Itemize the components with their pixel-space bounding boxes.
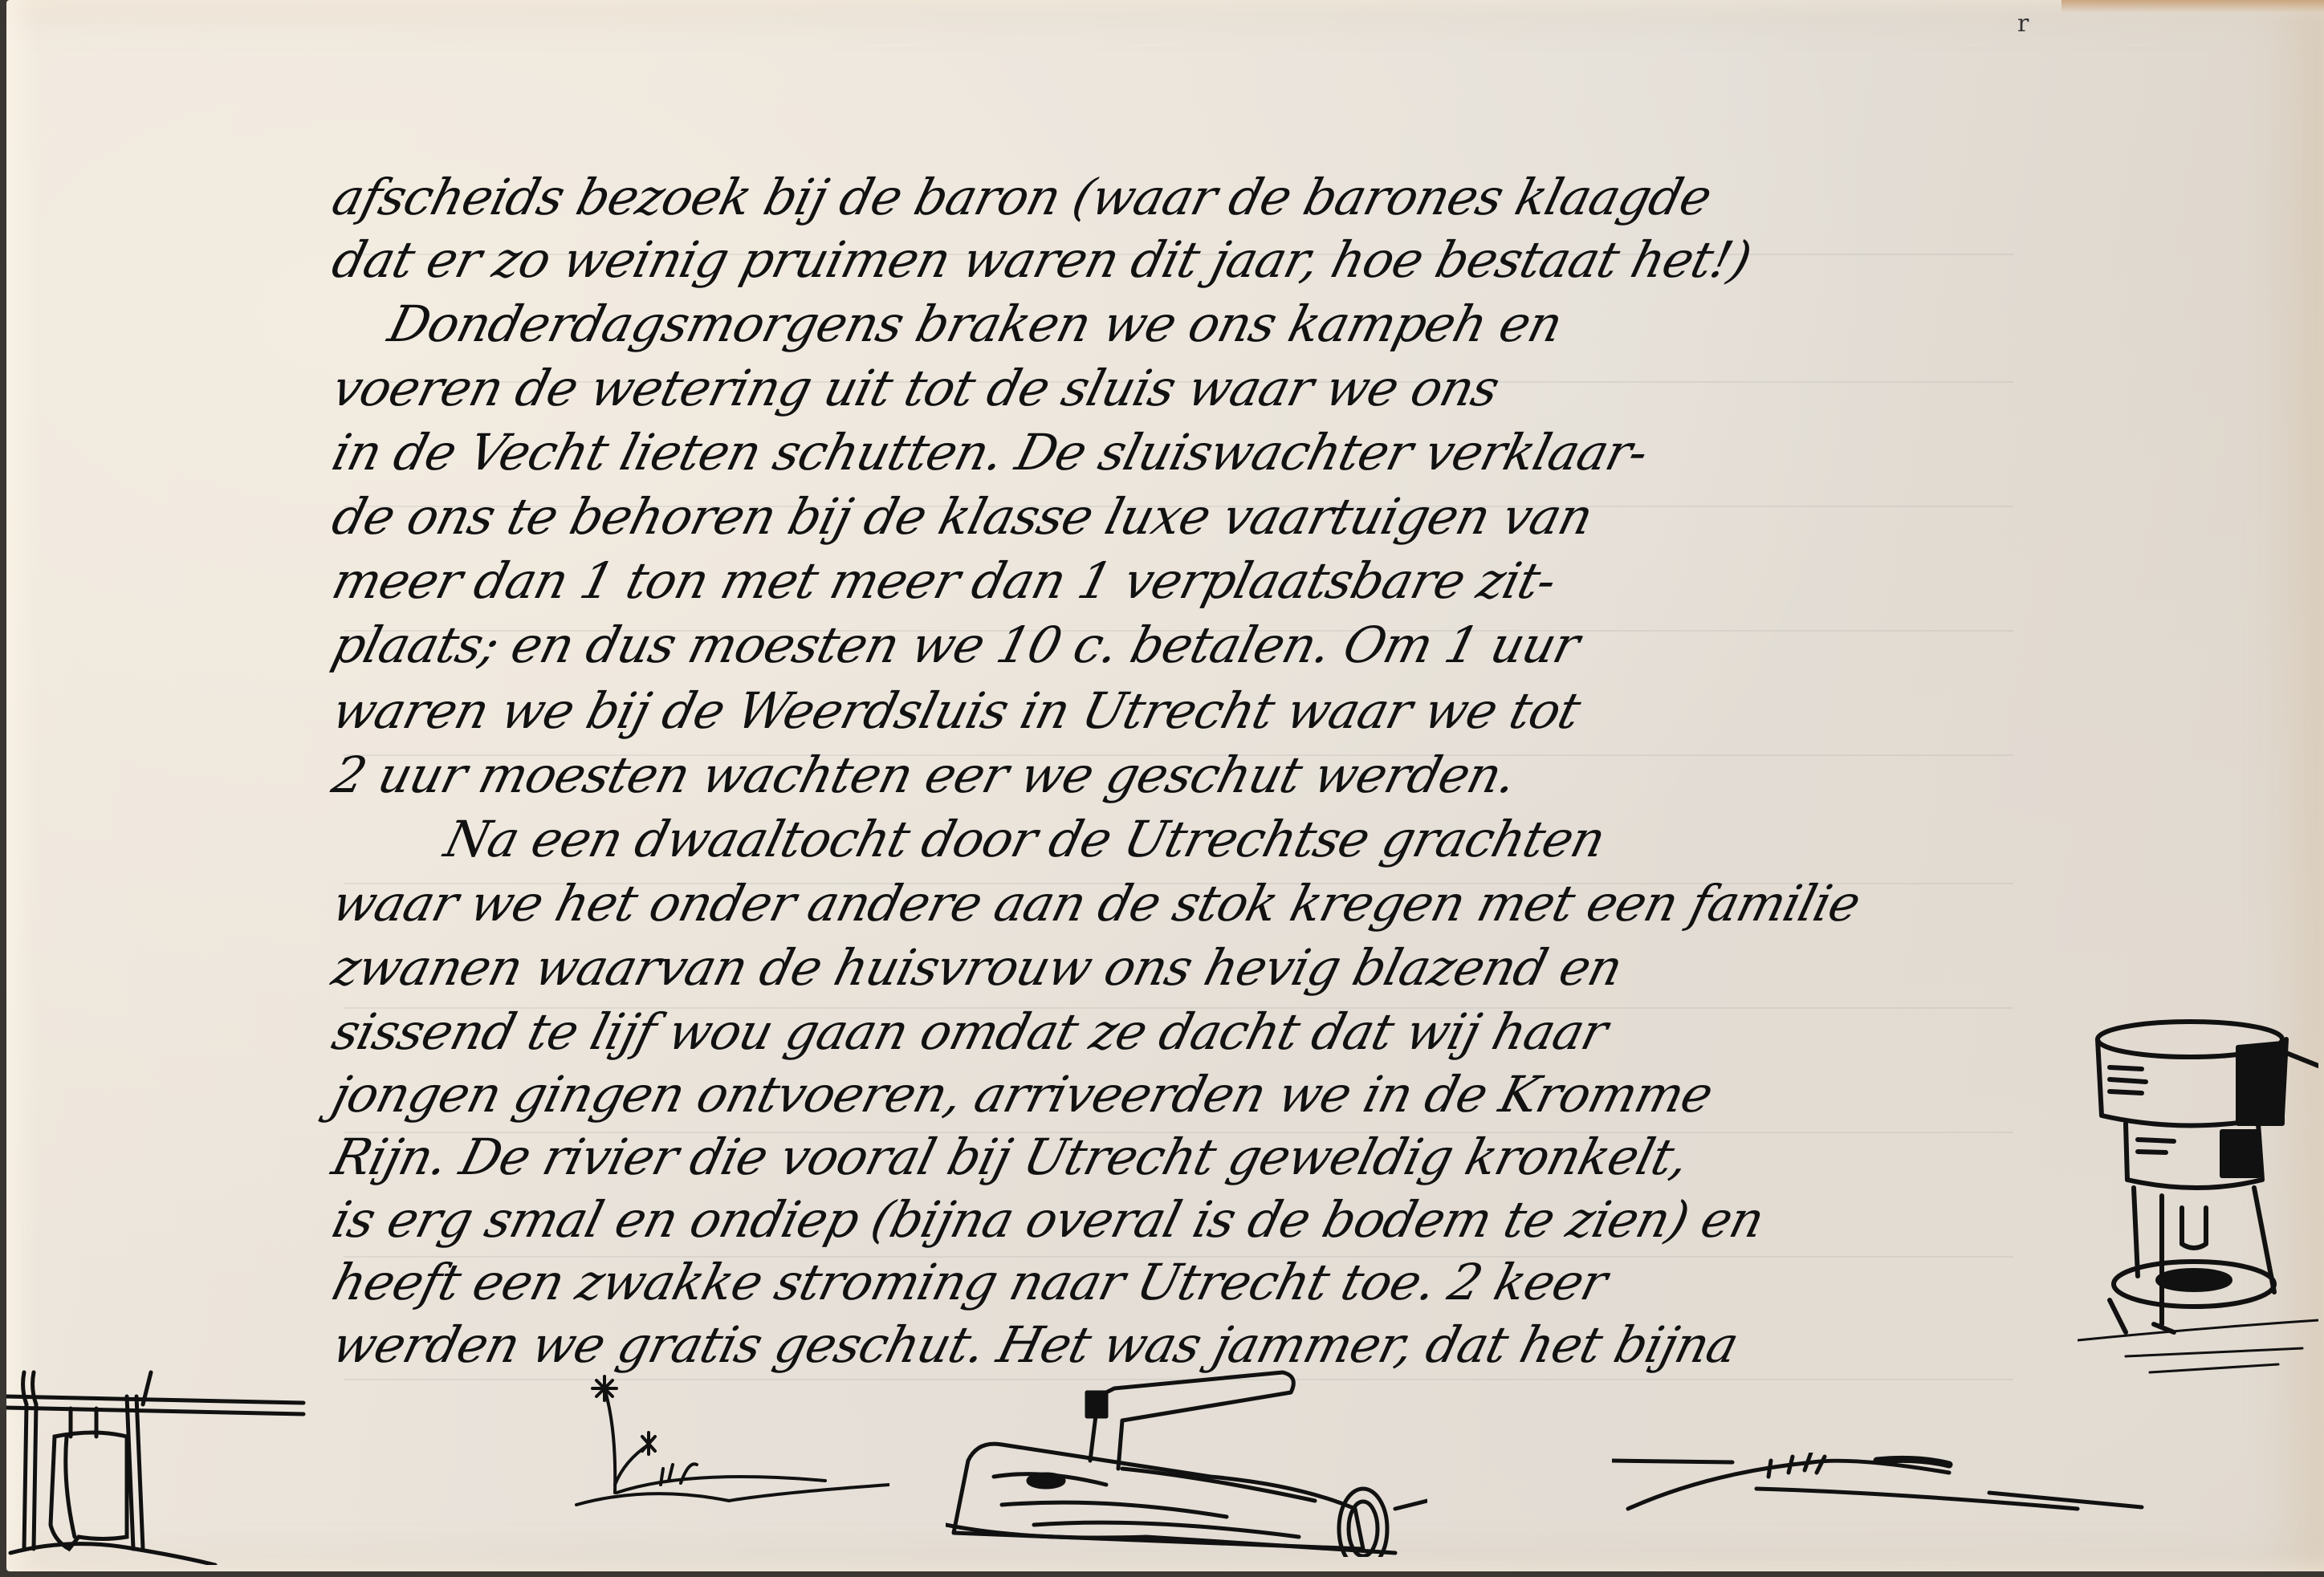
text-line: Rijn. De rivier die vooral bij Utrecht g…	[328, 1132, 1693, 1182]
laundry-rack-icon	[6, 1356, 311, 1565]
text-line: werden we gratis geschut. Het was jammer…	[328, 1320, 1743, 1370]
text-line: sissend te lijf wou gaan omdat ze dacht …	[328, 1007, 1612, 1057]
text-line: 2 uur moesten wachten eer we geschut wer…	[328, 750, 1521, 800]
text-line: de ons te behoren bij de klasse luxe vaa…	[328, 492, 1597, 542]
journal-page: r afscheids bezoek bij de baron (waar de…	[6, 0, 2324, 1571]
text-line: meer dan 1 ton met meer dan 1 verplaatsb…	[328, 556, 1561, 606]
text-line: jongen gingen ontvoeren, arriveerden we …	[328, 1070, 1717, 1120]
text-line: is erg smal en ondiep (bijna overal is d…	[328, 1195, 1768, 1245]
text-line: waren we bij de Weerdsluis in Utrecht wa…	[328, 686, 1585, 736]
log-with-axe-icon	[946, 1364, 1427, 1557]
text-line: heeft een zwakke stroming naar Utrecht t…	[328, 1258, 1611, 1307]
text-line: Na een dwaaltocht door de Utrechtse grac…	[440, 815, 1610, 864]
page-edge-stain	[2061, 0, 2324, 13]
text-line: in de Vecht lieten schutten. De sluiswac…	[328, 428, 1652, 478]
text-line: dat er zo weinig pruimen waren dit jaar,…	[328, 235, 1756, 285]
text-line: Donderdagsmorgens braken we ons kampeh e…	[384, 299, 1567, 349]
flower-icon	[568, 1364, 889, 1509]
text-line: afscheids bezoek bij de baron (waar de b…	[328, 173, 1716, 222]
text-line: voeren de wetering uit tot de sluis waar…	[328, 364, 1504, 413]
text-line: waar we het onder andere aan de stok kre…	[328, 879, 1865, 929]
grass-hill-icon	[1612, 1453, 2174, 1533]
text-line: zwanen waarvan de huisvrouw ons hevig bl…	[328, 943, 1626, 993]
text-line: plaats; en dus moesten we 10 c. betalen.…	[328, 620, 1584, 670]
camping-stove-icon	[2078, 1003, 2318, 1421]
corner-mark: r	[2017, 10, 2029, 38]
